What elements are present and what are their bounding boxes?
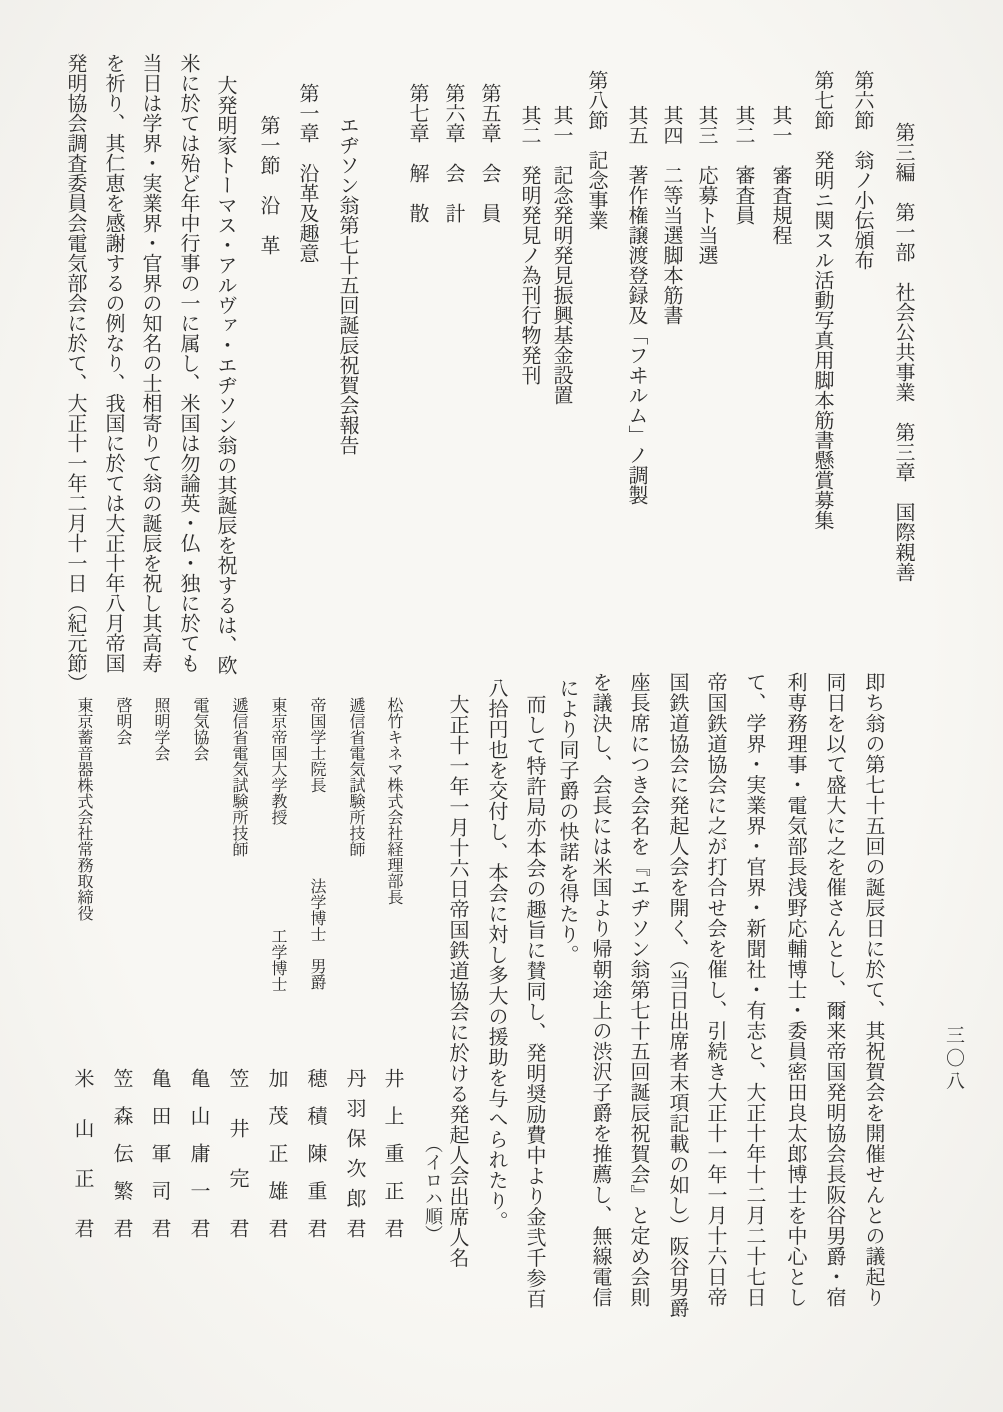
attendee-name: 亀田軍司君	[149, 1068, 169, 1238]
body-line: 帝国鉄道協会に之が打合せ会を催し、引続き大正十一年一月十六日帝	[705, 672, 725, 1308]
body-line: 而して特許局亦本会の趣旨に賛同し、発明奨励費中より金弐千参百	[524, 694, 544, 1309]
attendee-name: 笠井完君	[227, 1068, 247, 1238]
attendee-org: 松竹キネマ株式会社経理部長	[385, 697, 401, 905]
section-heading: 第一節 沿 革	[258, 115, 278, 255]
attendee-name: 亀山庸一君	[188, 1068, 208, 1238]
toc-entry: 第七章 解 散	[407, 83, 427, 223]
toc-entry: 其一 審査規程	[770, 105, 790, 245]
body-line: 大発明家トーマス・アルヴァ・エヂソン翁の其誕辰を祝するは、欧	[215, 75, 235, 675]
attendee-org: 遞信省電気試験所技師	[230, 697, 246, 857]
body-line: 米に於ては殆ど年中行事の一に属し、米国は勿論英・仏・独に於ても	[178, 53, 198, 673]
attendee-org: 東京蓄音器株式会社常務取締役	[75, 697, 91, 921]
toc-entry: 其二 発明発見ノ為刊行物発刊	[519, 105, 539, 385]
order-note: （イロハ順）	[424, 1135, 442, 1243]
attendee-name: 笠森伝繁君	[111, 1068, 131, 1238]
toc-entry: 其四 二等当選脚本筋書	[661, 105, 681, 325]
body-line: 当日は学界・実業界・官界の知名の士相寄りて翁の誕辰を祝し其高寿	[140, 53, 160, 673]
attendee-name: 丹羽保次郎君	[344, 1068, 364, 1238]
toc-entry: 其二 審査員	[733, 105, 753, 225]
body-line: 発明協会調査委員会電気部会に於て、大正十一年二月十一日（紀元節）	[65, 53, 85, 693]
body-line: を議決し、会長には米国より帰朝途上の渋沢子爵を推薦し、無線電信	[590, 672, 610, 1308]
body-line: 座長席につき会名を『エヂソン翁第七十五回誕辰祝賀会』と定め会則	[628, 672, 648, 1308]
body-line: 国鉄道協会に発起人会を開く、（当日出席者末項記載の如し）阪谷男爵	[667, 672, 687, 1318]
body-line: て、学界・実業界・官界・新聞社・有志と、大正十年十二月二十七日	[744, 672, 764, 1308]
body-line: 同日を以て盛大に之を催さんとし、爾来帝国発明協会長阪谷男爵・宿	[824, 672, 844, 1308]
page-header: 第三編 第一部 社会公共事業 第三章 国際親善	[893, 122, 913, 582]
toc-entry: 第八節 記念事業	[586, 70, 606, 230]
body-line: 大正十一年一月十六日帝国鉄道協会に於ける発起人会出席人名	[447, 694, 467, 1268]
body-line: を祈り、其仁恵を感謝するの例なり、我国に於ては大正十年八月帝国	[103, 53, 123, 673]
body-line: 八拾円也を交付し、本会に対し多大の援助を与へられたり。	[486, 678, 506, 1232]
attendee-name: 井上重正君	[382, 1068, 402, 1238]
attendee-org: 遞信省電気試験所技師	[347, 697, 363, 857]
attendee-name: 加茂正雄君	[266, 1068, 286, 1238]
page-number: 三〇八	[944, 1025, 963, 1094]
toc-entry: 第七節 発明ニ関スル活動写真用脚本筋書懸賞募集	[812, 70, 832, 530]
document-page: 第三編 第一部 社会公共事業 第三章 国際親善 第六節 翁ノ小伝頒布 第七節 発…	[0, 0, 1003, 1412]
attendee-org: 帝国学士院長	[308, 697, 324, 793]
attendee-org: 啓明会	[114, 697, 130, 745]
attendee-org: 電気協会	[191, 697, 207, 761]
toc-entry: 第六節 翁ノ小伝頒布	[852, 70, 872, 270]
attendee-name: 米山正君	[72, 1068, 92, 1238]
toc-entry: 其三 応募ト当選	[696, 105, 716, 265]
body-line: 利専務理事・電気部長浅野応輔博士・委員密田良太郎博士を中心とし	[785, 672, 805, 1308]
toc-entry: 其五 著作権譲渡登録及「フヰルム」ノ調製	[626, 105, 646, 505]
body-line: 即ち翁の第七十五回の誕辰日に於て、其祝賀会を開催せんとの議起り	[863, 672, 883, 1308]
attendee-name: 穂積陳重君	[305, 1068, 325, 1238]
toc-entry: 第六章 会 計	[443, 83, 463, 223]
body-line: により同子爵の快諾を得たり。	[557, 678, 577, 965]
chapter-heading: 第一章 沿革及趣意	[297, 83, 317, 263]
attendee-org: 照明学会	[152, 697, 168, 761]
toc-entry: 其一 記念発明発見振興基金設置	[551, 105, 571, 405]
attendee-org: 東京帝国大学教授	[269, 697, 285, 825]
report-title: エヂソン翁第七十五回誕辰祝賀会報告	[337, 115, 357, 455]
attendee-degree: 工学博士	[269, 928, 285, 992]
toc-entry: 第五章 会 員	[479, 83, 499, 223]
attendee-degree: 法学博士 男爵	[308, 878, 324, 990]
